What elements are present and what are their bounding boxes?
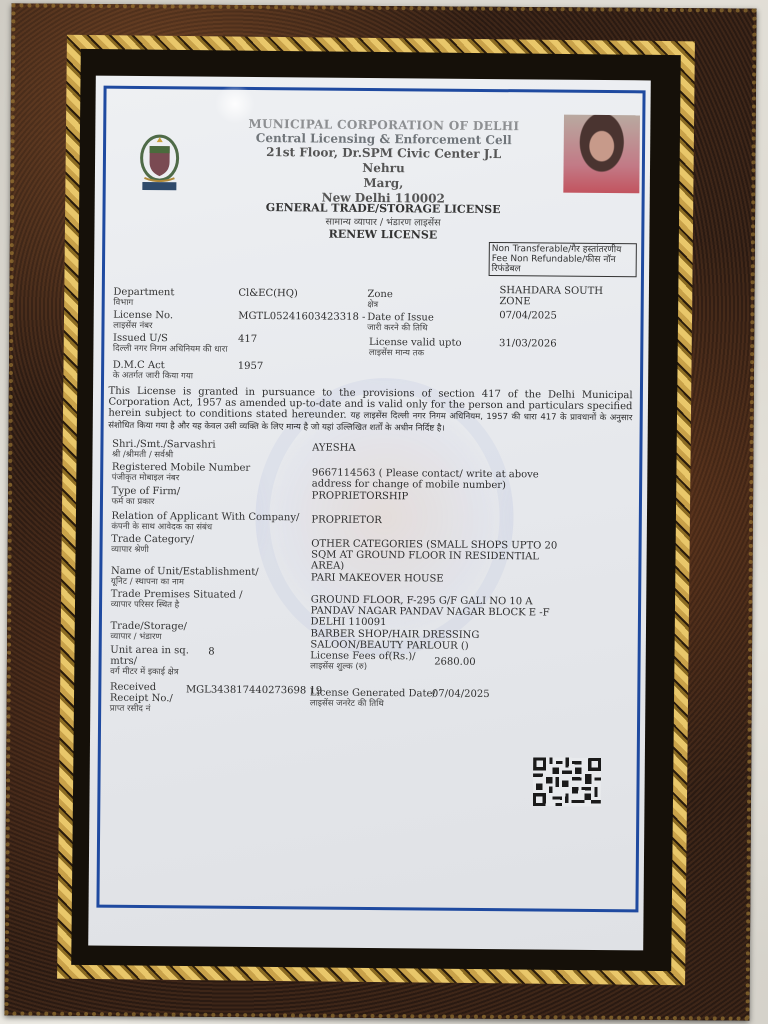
- trade-category-value: OTHER CATEGORIES (SMALL SHOPS UPTO 20 SQ…: [311, 538, 561, 573]
- generated-date-value: 07/04/2025: [432, 688, 490, 700]
- receipt-no-label: Received Receipt No./प्राप्त रसीद नं: [110, 682, 185, 716]
- address-line-1: 21st Floor, Dr.SPM Civic Center J.L Nehr…: [243, 145, 523, 177]
- mcd-emblem-icon: [138, 132, 181, 194]
- mobile-label: Registered Mobile Numberपंजीकृत मोबाइल न…: [112, 462, 251, 485]
- receipt-no-value: MGL343817440273698 19: [186, 684, 322, 696]
- zone-label: Zoneक्षेत्र: [367, 289, 393, 311]
- premises-value: GROUND FLOOR, F-295 G/F GALI NO 10 A PAN…: [311, 594, 561, 629]
- firm-type-value: PROPRIETORSHIP: [312, 490, 409, 502]
- license-title-main: GENERAL TRADE/STORAGE LICENSE: [248, 201, 518, 216]
- zone-value: SHAHDARA SOUTH ZONE: [499, 285, 619, 308]
- applicant-label: Shri./Smt./Sarvashriश्री /श्रीमती / सर्व…: [112, 439, 216, 462]
- license-no-label: License No.लाइसेंस नंबर: [113, 310, 173, 333]
- license-statement: This License is granted in pursuance to …: [108, 386, 632, 437]
- department-label: Departmentविभाग: [113, 287, 174, 310]
- license-fees-label: License Fees of(Rs.)/लाइसेंस शुल्क (रु): [310, 650, 416, 673]
- dmc-act-value: 1957: [238, 361, 264, 372]
- trade-storage-label: Trade/Storage/व्यापार / भंडारण: [110, 621, 187, 644]
- license-title: GENERAL TRADE/STORAGE LICENSE सामान्य व्…: [248, 201, 518, 242]
- qr-code-icon: [533, 757, 601, 808]
- issued-us-label: Issued U/Sदिल्ली नगर निगम अधिनियम की धार…: [113, 333, 228, 356]
- applicant-value: AYESHA: [312, 442, 356, 453]
- header: MUNICIPAL CORPORATION OF DELHI Central L…: [243, 117, 524, 207]
- premises-label: Trade Premises Situated /व्यापार परिसर स…: [111, 589, 243, 612]
- date-of-issue-value: 07/04/2025: [499, 310, 557, 322]
- license-no-value: MGTL05241603423318 -: [238, 311, 365, 323]
- notice-box: Non Transferable/गैर हस्तांतरणीय Fee Non…: [489, 242, 637, 277]
- notice-fee-non-refundable: Fee Non Refundable/फीस नॉन रिफंडेबल: [492, 254, 634, 275]
- relation-value: PROPRIETOR: [311, 514, 381, 526]
- license-document: MUNICIPAL CORPORATION OF DELHI Central L…: [103, 106, 649, 811]
- relation-label: Relation of Applicant With Company/कंपनी…: [111, 511, 299, 535]
- unit-name-value: PARI MAKEOVER HOUSE: [311, 572, 444, 584]
- date-of-issue-label: Date of Issueजारी करने की तिथि: [367, 312, 434, 335]
- unit-area-value: 8: [208, 647, 214, 658]
- mobile-value: 9667114563 ( Please contact/ write at ab…: [312, 467, 542, 491]
- firm-type-label: Type of Firm/फर्म का प्रकार: [112, 486, 181, 509]
- valid-upto-label: License valid uptoलाइसेंस मान्य तक: [369, 337, 462, 360]
- department-value: Cl&EC(HQ): [238, 288, 298, 300]
- unit-name-label: Name of Unit/Establishment/यूनिट / स्थाप…: [111, 566, 259, 589]
- trade-storage-value: BARBER SHOP/HAIR DRESSING SALOON/BEAUTY …: [310, 628, 490, 652]
- license-type: RENEW LICENSE: [248, 227, 518, 242]
- unit-area-label: Unit area in sq. mtrs/वर्ग मीटर में इकाई…: [110, 645, 195, 679]
- valid-upto-value: 31/03/2026: [499, 338, 557, 350]
- trade-category-label: Trade Category/व्यापार श्रेणी: [111, 534, 194, 557]
- dmc-act-label: D.M.C Actके अतर्गत जारी किया गया: [113, 360, 193, 383]
- issued-us-value: 417: [238, 334, 257, 345]
- generated-date-label: License Generated Date/लाइसेंस जनरेट की …: [310, 687, 436, 710]
- license-fees-value: 2680.00: [434, 657, 475, 668]
- applicant-photo: [563, 115, 640, 194]
